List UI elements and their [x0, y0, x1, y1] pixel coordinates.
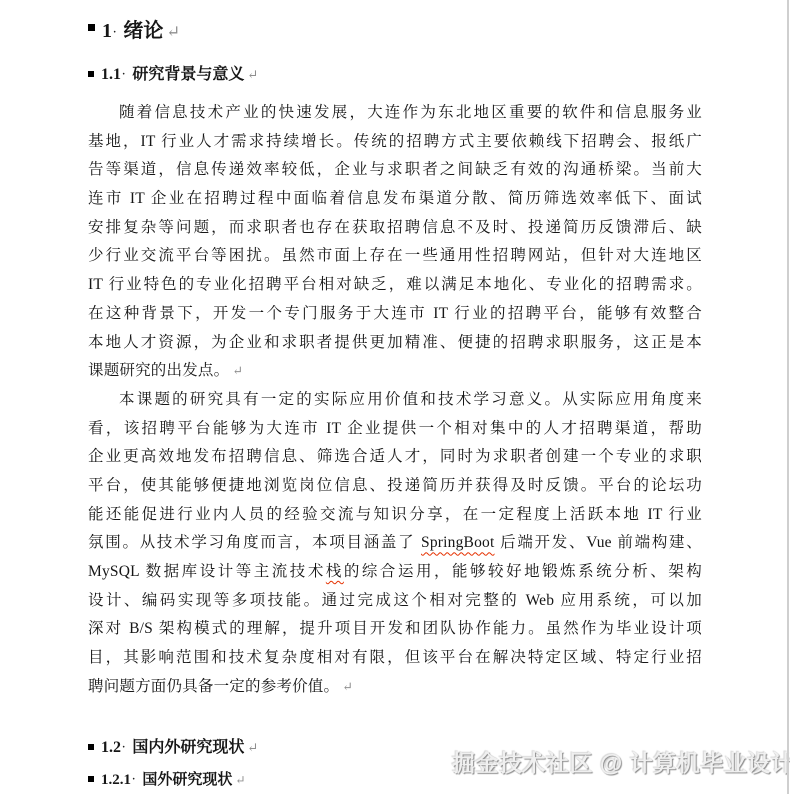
text-line: 本地人才资源，为企业和求职者提供更加精准、便捷的招聘求职服务，这正是本: [88, 329, 702, 358]
text-run: 看，该招聘平台能够为大连市 IT 企业提供一个相对集中的人才招聘渠道，帮助: [88, 420, 702, 437]
paragraph-mark: ↵: [166, 22, 180, 41]
text-line: 本课题的研究具有一定的实际应用价值和技术学习意义。从实际应用角度来: [88, 386, 702, 415]
heading-number: 1.2.1: [101, 772, 131, 788]
text-line: 基地，IT 行业人才需求持续增长。传统的招聘方式主要依赖线下招聘会、报纸广: [88, 128, 702, 157]
text-run: 告等渠道，信息传递效率较低，企业与求职者之间缺乏有效的沟通桥梁。当前大: [88, 161, 702, 178]
text-run: 在这种背景下，开发一个专门服务于大连市 IT 行业的招聘平台，能够有效整合: [88, 305, 702, 322]
text-run: 聘问题方面仍具备一定的参考价值。: [88, 678, 339, 695]
text-run: 深对 B/S 架构模式的理解，提升项目开发和团队协作能力。虽然作为毕业设计项: [88, 620, 702, 637]
text-line: 在这种背景下，开发一个专门服务于大连市 IT 行业的招聘平台，能够有效整合: [88, 300, 702, 329]
text-run: 设计、编码实现等多项技能。通过完成这个相对完整的 Web 应用系统，可以加: [88, 592, 702, 609]
heading-1-1: 1.1·研究背景与意义↵: [88, 62, 702, 88]
text-run: 氛围。从技术学习角度而言，本项目涵盖了: [88, 534, 421, 551]
paragraph-mark: ↵: [342, 680, 353, 694]
text-run: 随着信息技术产业的快速发展，大连作为东北地区重要的软件和信息服务业: [119, 104, 702, 121]
heading-square-mark-icon: [88, 744, 94, 750]
paragraph-1: 随着信息技术产业的快速发展，大连作为东北地区重要的软件和信息服务业基地，IT 行…: [88, 99, 702, 386]
paragraph-mark: ↵: [247, 740, 258, 755]
text-line: 安排复杂等问题，而求职者也存在获取招聘信息不及时、投递简历反馈滞后、缺: [88, 214, 702, 243]
paragraph-mark: ↵: [235, 773, 245, 787]
space-dot-mark: ·: [113, 27, 116, 38]
heading-square-mark-icon: [88, 776, 94, 782]
space-dot-mark: ·: [132, 774, 135, 785]
heading-title: 绪论: [123, 20, 163, 42]
text-run: 安排复杂等问题，而求职者也存在获取招聘信息不及时、投递简历反馈滞后、缺: [88, 219, 702, 236]
heading-square-mark-icon: [88, 24, 95, 31]
space-dot-mark: ·: [122, 69, 125, 80]
heading-number: 1.2: [101, 739, 121, 756]
text-run: 平台，使其能够便捷地浏览岗位信息、投递简历并获得及时反馈。平台的论坛功: [88, 477, 702, 494]
text-line: IT 行业特色的专业化招聘平台相对缺乏，难以满足本地化、专业化的招聘需求。: [88, 271, 702, 300]
text-line: 看，该招聘平台能够为大连市 IT 企业提供一个相对集中的人才招聘渠道，帮助: [88, 415, 702, 444]
heading-chapter-1: 1·绪论↵: [88, 16, 702, 48]
text-line: 深对 B/S 架构模式的理解，提升项目开发和团队协作能力。虽然作为毕业设计项: [88, 615, 702, 644]
text-run: 后端开发、Vue 前端构建、: [495, 534, 703, 551]
text-line: 随着信息技术产业的快速发展，大连作为东北地区重要的软件和信息服务业: [88, 99, 702, 128]
text-line: 企业更高效地发布招聘信息、筛选合适人才，同时为求职者创建一个专业的求职: [88, 443, 702, 472]
watermark: 掘金技术社区 @ 计算机毕业设计小途: [452, 745, 790, 778]
paragraph-mark: ↵: [232, 364, 243, 378]
paragraph-mark: ↵: [247, 67, 258, 82]
text-line: 连市 IT 企业在招聘过程中面临着信息发布渠道分散、简历筛选效率低下、面试: [88, 185, 702, 214]
text-line: 聘问题方面仍具备一定的参考价值。↵: [88, 673, 702, 702]
text-run: 的综合运用，能够较好地锻炼系统分析、架构: [344, 563, 702, 580]
text-line: 少行业交流平台等困扰。虽然市面上存在一些通用性招聘网站，但针对大连地区: [88, 242, 702, 271]
space-dot-mark: ·: [122, 742, 125, 753]
text-run: IT 行业特色的专业化招聘平台相对缺乏，难以满足本地化、专业化的招聘需求。: [88, 276, 702, 293]
body-text: 随着信息技术产业的快速发展，大连作为东北地区重要的软件和信息服务业基地，IT 行…: [88, 99, 702, 701]
text-run: 本地人才资源，为企业和求职者提供更加精准、便捷的招聘求职服务，这正是本: [88, 334, 702, 351]
document-page: 1·绪论↵ 1.1·研究背景与意义↵ 随着信息技术产业的快速发展，大连作为东北地…: [0, 0, 790, 794]
text-line: 平台，使其能够便捷地浏览岗位信息、投递简历并获得及时反馈。平台的论坛功: [88, 472, 702, 501]
text-run: 连市 IT 企业在招聘过程中面临着信息发布渠道分散、简历筛选效率低下、面试: [88, 190, 702, 207]
heading-number: 1: [102, 20, 112, 42]
misspelled-word: SpringBoot: [421, 534, 494, 551]
heading-title: 研究背景与意义: [132, 66, 244, 83]
text-run: 目，其影响范围和技术复杂度相对有限，但该平台在解决特定区域、特定行业招: [88, 649, 702, 666]
text-line: 设计、编码实现等多项技能。通过完成这个相对完整的 Web 应用系统，可以加: [88, 587, 702, 616]
misspelled-word: 栈: [326, 563, 344, 580]
text-run: 基地，IT 行业人才需求持续增长。传统的招聘方式主要依赖线下招聘会、报纸广: [88, 133, 702, 150]
text-line: MySQL 数据库设计等主流技术栈的综合运用，能够较好地锻炼系统分析、架构: [88, 558, 702, 587]
text-run: 能还能促进行业内人员的经验交流与知识分享，在一定程度上活跃本地 IT 行业: [88, 506, 702, 523]
heading-title: 国外研究现状: [142, 772, 232, 788]
heading-title: 国内外研究现状: [132, 739, 244, 756]
page-edge-line: [787, 0, 789, 794]
text-line: 目，其影响范围和技术复杂度相对有限，但该平台在解决特定区域、特定行业招: [88, 644, 702, 673]
paragraph-2: 本课题的研究具有一定的实际应用价值和技术学习意义。从实际应用角度来看，该招聘平台…: [88, 386, 702, 702]
text-line: 课题研究的出发点。↵: [88, 357, 702, 386]
text-line: 氛围。从技术学习角度而言，本项目涵盖了 SpringBoot 后端开发、Vue …: [88, 529, 702, 558]
text-run: 本课题的研究具有一定的实际应用价值和技术学习意义。从实际应用角度来: [119, 391, 702, 408]
text-run: MySQL 数据库设计等主流技术: [88, 563, 326, 580]
text-run: 少行业交流平台等困扰。虽然市面上存在一些通用性招聘网站，但针对大连地区: [88, 247, 702, 264]
text-run: 课题研究的出发点。: [88, 362, 229, 379]
text-run: 企业更高效地发布招聘信息、筛选合适人才，同时为求职者创建一个专业的求职: [88, 448, 702, 465]
text-line: 告等渠道，信息传递效率较低，企业与求职者之间缺乏有效的沟通桥梁。当前大: [88, 156, 702, 185]
heading-number: 1.1: [101, 66, 121, 83]
text-line: 能还能促进行业内人员的经验交流与知识分享，在一定程度上活跃本地 IT 行业: [88, 501, 702, 530]
heading-square-mark-icon: [88, 71, 94, 77]
